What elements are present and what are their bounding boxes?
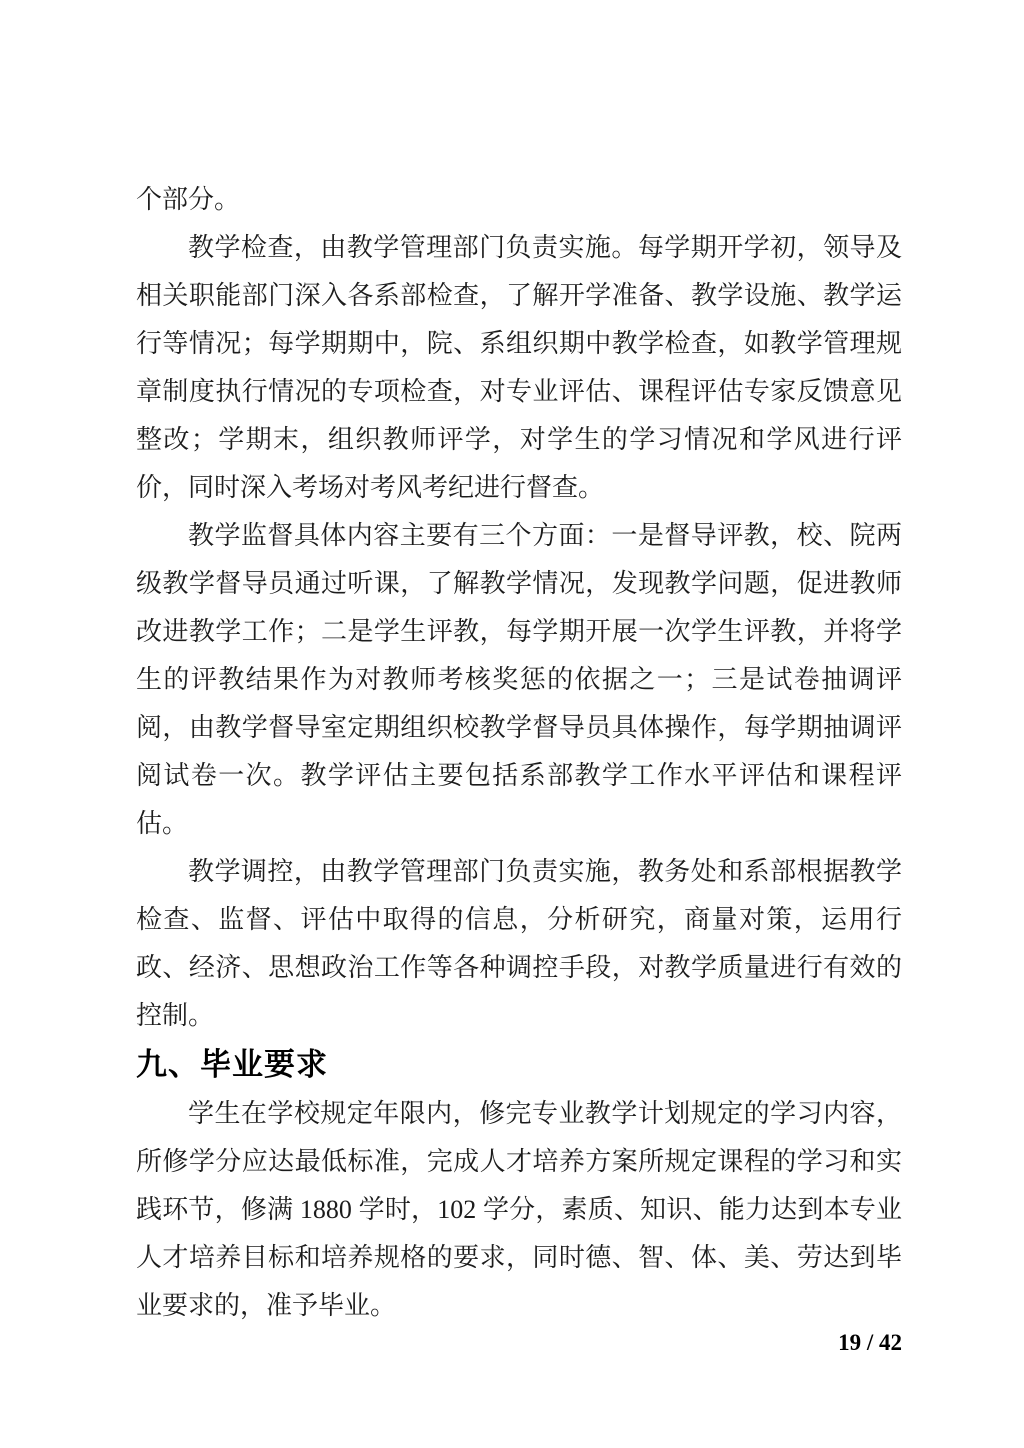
- document-body: 个部分。 教学检查，由教学管理部门负责实施。每学期开学初，领导及相关职能部门深入…: [136, 176, 902, 1330]
- page-number: 19 / 42: [838, 1330, 902, 1355]
- paragraph-graduation-requirements: 学生在学校规定年限内，修完专业教学计划规定的学习内容，所修学分应达最低标准，完成…: [136, 1090, 902, 1330]
- paragraph-teaching-inspection: 教学检查，由教学管理部门负责实施。每学期开学初，领导及相关职能部门深入各系部检查…: [136, 224, 902, 512]
- page-footer: 19 / 42: [136, 1330, 902, 1356]
- paragraph-continuation: 个部分。: [136, 176, 902, 224]
- paragraph-teaching-supervision: 教学监督具体内容主要有三个方面：一是督导评教，校、院两级教学督导员通过听课，了解…: [136, 512, 902, 848]
- section-heading-graduation-requirements: 九、毕业要求: [136, 1040, 902, 1090]
- paragraph-teaching-regulation: 教学调控，由教学管理部门负责实施，教务处和系部根据教学检查、监督、评估中取得的信…: [136, 848, 902, 1040]
- document-page: 个部分。 教学检查，由教学管理部门负责实施。每学期开学初，领导及相关职能部门深入…: [0, 0, 1024, 1448]
